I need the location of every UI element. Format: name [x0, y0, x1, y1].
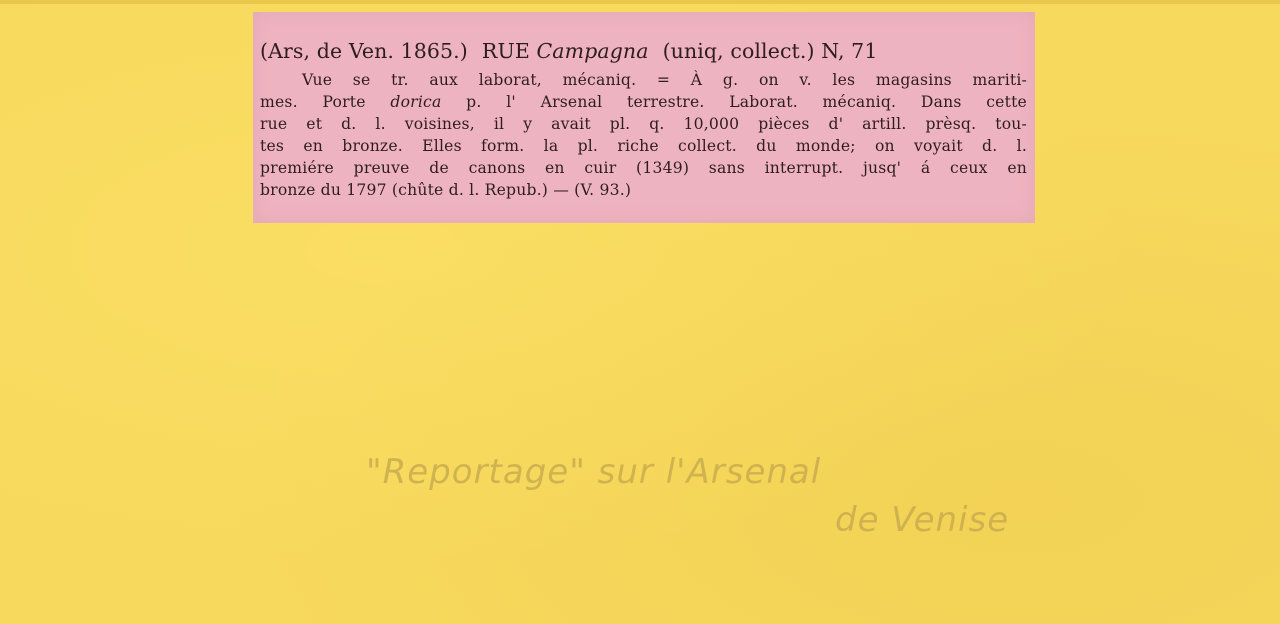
stereoview-card-back: (Ars, de Ven. 1865.)RUE Campagna(uniq, c…	[0, 0, 1280, 624]
caption-line-3: rue et d. l. voisines, il y avait pl. q.…	[260, 113, 1027, 135]
collection-note: (uniq, collect.)	[663, 39, 815, 63]
pencil-note-line-1: "Reportage" sur l'Arsenal	[366, 452, 821, 492]
caption-body: Vue se tr. aux laborat, mécaniq. = À g. …	[260, 69, 1027, 201]
caption-line-2: mes. Porte dorica p. l' Arsenal terrestr…	[260, 91, 1027, 113]
street-prefix: RUE	[482, 39, 530, 63]
street-name: Campagna	[537, 39, 649, 63]
italic-term: dorica	[390, 93, 441, 111]
caption-line-1: Vue se tr. aux laborat, mécaniq. = À g. …	[260, 69, 1027, 91]
card-edge	[0, 0, 1280, 4]
card-number: N, 71	[821, 39, 877, 63]
series-reference: (Ars, de Ven. 1865.)	[260, 39, 468, 63]
caption-line-6: bronze du 1797 (chûte d. l. Repub.) — (V…	[260, 179, 1027, 201]
caption-header: (Ars, de Ven. 1865.)RUE Campagna(uniq, c…	[260, 36, 1027, 66]
caption-line-5: premiére preuve de canons en cuir (1349)…	[260, 157, 1027, 179]
caption-line-4: tes en bronze. Elles form. la pl. riche …	[260, 135, 1027, 157]
pencil-note-line-2: de Venise	[835, 500, 1009, 540]
printed-caption-label: (Ars, de Ven. 1865.)RUE Campagna(uniq, c…	[253, 12, 1035, 223]
